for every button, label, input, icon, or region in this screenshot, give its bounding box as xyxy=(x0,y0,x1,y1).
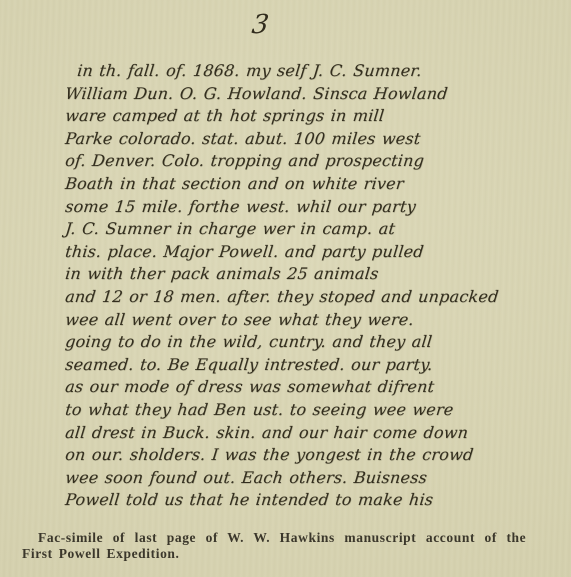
manuscript-line: ware camped at th hot springs in mill xyxy=(64,105,546,128)
manuscript-text-block: in th. fall. of. 1868. my self J. C. Sum… xyxy=(64,60,544,512)
manuscript-line: and 12 or 18 men. after. they stoped and… xyxy=(64,286,546,309)
manuscript-line: all drest in Buck. skin. and our hair co… xyxy=(64,422,546,445)
manuscript-line: wee soon found out. Each others. Buisnes… xyxy=(64,467,546,490)
manuscript-line: J. C. Sumner in charge wer in camp. at xyxy=(64,218,546,241)
caption-line-2: First Powell Expedition. xyxy=(22,546,557,562)
caption: Fac-simile of last page of W. W. Hawkins… xyxy=(22,530,557,561)
manuscript-line: Powell told us that he intended to make … xyxy=(64,489,546,512)
manuscript-line: in th. fall. of. 1868. my self J. C. Sum… xyxy=(64,60,546,83)
manuscript-line: William Dun. O. G. Howland. Sinsca Howla… xyxy=(64,83,546,106)
manuscript-line: to what they had Ben ust. to seeing wee … xyxy=(64,399,546,422)
caption-line-1: Fac-simile of last page of W. W. Hawkins… xyxy=(22,530,557,546)
manuscript-line: going to do in the wild, cuntry. and the… xyxy=(64,331,546,354)
manuscript-line: of. Denver. Colo. tropping and prospecti… xyxy=(64,150,546,173)
manuscript-line: in with ther pack animals 25 animals xyxy=(64,263,546,286)
manuscript-page: 3 in th. fall. of. 1868. my self J. C. S… xyxy=(0,0,571,577)
manuscript-line: seamed. to. Be Equally intrested. our pa… xyxy=(64,354,546,377)
manuscript-line: this. place. Major Powell. and party pul… xyxy=(64,241,546,264)
manuscript-line: Parke colorado. stat. abut. 100 miles we… xyxy=(64,128,546,151)
manuscript-line: some 15 mile. forthe west. whil our part… xyxy=(64,196,546,219)
manuscript-line: Boath in that section and on white river xyxy=(64,173,546,196)
manuscript-line: wee all went over to see what they were. xyxy=(64,309,546,332)
manuscript-line: on our. sholders. I was the yongest in t… xyxy=(64,444,546,467)
page-number: 3 xyxy=(250,10,270,41)
manuscript-line: as our mode of dress was somewhat difren… xyxy=(64,376,546,399)
